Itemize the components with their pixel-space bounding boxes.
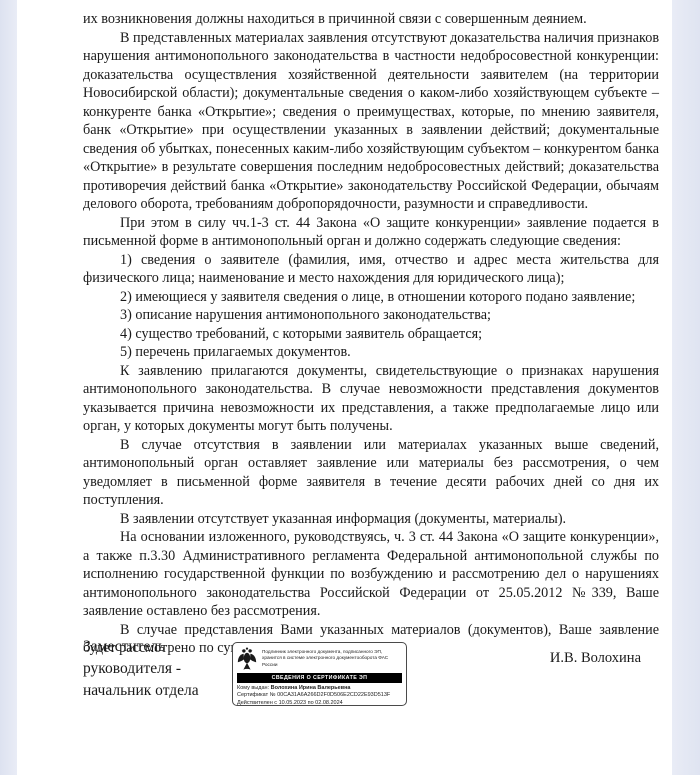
paragraph: На основании изложенного, руководствуясь… xyxy=(83,528,659,621)
signer-position: Заместитель руководителя - начальник отд… xyxy=(83,636,199,702)
stamp-certificate-label: Сертификат № xyxy=(237,692,276,698)
signer-position-line: начальник отдела xyxy=(83,680,199,702)
paragraph: 4) существо требований, с которыми заяви… xyxy=(83,325,659,344)
paragraph: 5) перечень прилагаемых документов. xyxy=(83,343,659,362)
stamp-issued-to: Кому выдан: Волохина Ирина Валерьевна xyxy=(237,685,402,692)
paragraph: 2) имеющиеся у заявителя сведения о лице… xyxy=(83,288,659,307)
paragraph: При этом в силу чч.1-3 ст. 44 Закона «О … xyxy=(83,214,659,251)
document-body: их возникновения должны находиться в при… xyxy=(83,10,659,658)
stamp-certificate-title: СВЕДЕНИЯ О СЕРТИФИКАТЕ ЭП xyxy=(237,673,402,683)
signer-position-line: Заместитель xyxy=(83,636,199,658)
paragraph: 3) описание нарушения антимонопольного з… xyxy=(83,306,659,325)
stamp-issued-to-name: Волохина Ирина Валерьевна xyxy=(271,685,351,691)
paragraph: 1) сведения о заявителе (фамилия, имя, о… xyxy=(83,251,659,288)
paragraph: В заявлении отсутствует указанная информ… xyxy=(83,510,659,529)
stamp-certificate-value: 00CA31A6A266D2F0D506E2CD22E93D513F xyxy=(277,692,390,698)
signer-name: И.В. Волохина xyxy=(550,650,641,667)
stamp-top-row: Подлинник электронного документа, подпис… xyxy=(237,645,402,672)
left-margin-shade xyxy=(0,0,17,775)
digital-signature-stamp: Подлинник электронного документа, подпис… xyxy=(232,642,407,706)
stamp-certificate-number: Сертификат № 00CA31A6A266D2F0D506E2CD22E… xyxy=(237,692,402,699)
fas-double-headed-eagle-icon xyxy=(237,647,257,671)
right-margin-shade xyxy=(672,0,700,775)
paragraph: К заявлению прилагаются документы, свиде… xyxy=(83,362,659,436)
stamp-issued-to-label: Кому выдан: xyxy=(237,685,269,691)
stamp-header-text: Подлинник электронного документа, подпис… xyxy=(262,649,402,668)
paragraph: В представленных материалах заявления от… xyxy=(83,29,659,214)
paragraph: их возникновения должны находиться в при… xyxy=(83,10,659,29)
stamp-validity: Действителен с 10.05.2023 по 02.08.2024 xyxy=(237,700,402,707)
paragraph: В случае отсутствия в заявлении или мате… xyxy=(83,436,659,510)
signature-block: Заместитель руководителя - начальник отд… xyxy=(83,636,659,726)
signer-position-line: руководителя - xyxy=(83,658,199,680)
